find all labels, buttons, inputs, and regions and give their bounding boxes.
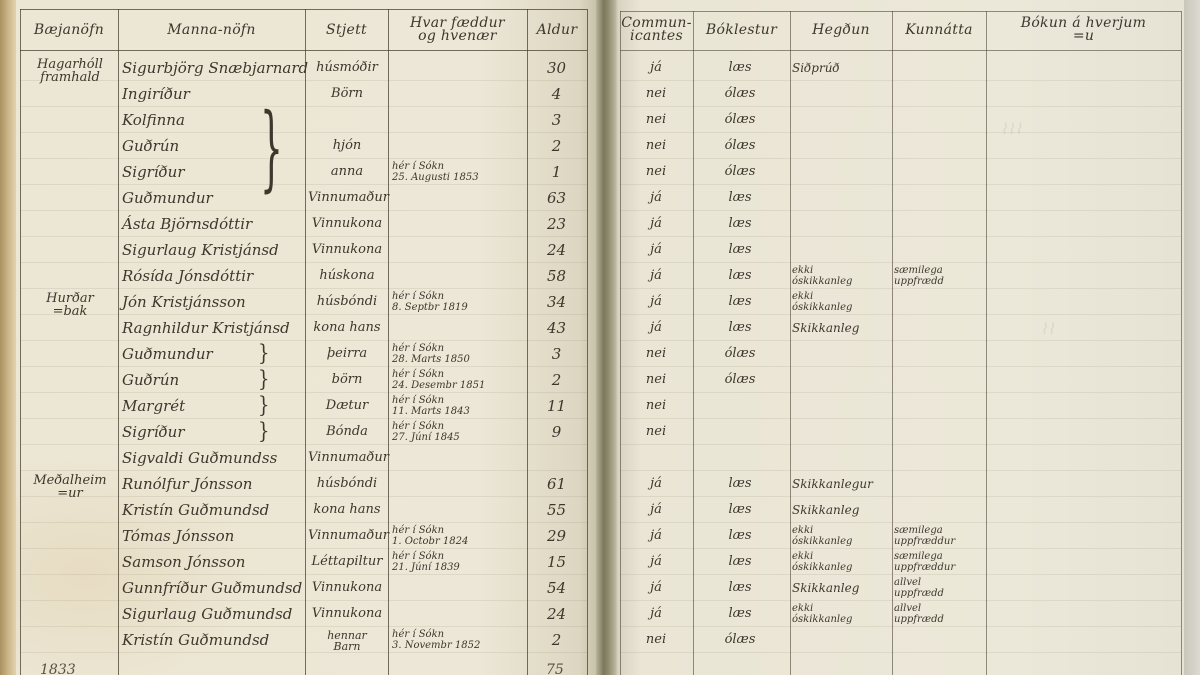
cell-knowledge: allvel uppfrædd xyxy=(894,601,983,625)
cell-stett: Dætur xyxy=(308,393,386,419)
cell-comm: nei xyxy=(621,627,691,653)
cell-conduct: Skikkanlegur xyxy=(792,471,888,497)
cell-age: 4 xyxy=(529,81,584,107)
cell-age: 2 xyxy=(529,367,584,393)
cell-age: 43 xyxy=(529,315,584,341)
cell-name: Kolfinna xyxy=(122,107,302,133)
cell-conduct: ekki óskikkanleg xyxy=(792,523,888,547)
cell-comm: já xyxy=(621,315,691,341)
cell-name: Sigríður xyxy=(122,419,302,445)
register-row: Sigurlaug KristjánsdVinnukona24jálæs xyxy=(0,237,1200,263)
cell-comm: já xyxy=(621,55,691,81)
register-row: Kristín Guðmundsdhennar Barnhér í Sókn 3… xyxy=(0,627,1200,653)
cell-age: 9 xyxy=(529,419,584,445)
register-row: Sigurlaug GuðmundsdVinnukona24jálæsekki … xyxy=(0,601,1200,627)
column-header-communicants: Commun- icantes xyxy=(621,10,692,50)
register-row: Hagarhóll framhaldSigurbjörg Snæbjarnard… xyxy=(0,55,1200,81)
cell-comm: nei xyxy=(621,341,691,367)
cell-comm: nei xyxy=(621,367,691,393)
cell-conduct: ekki óskikkanleg xyxy=(792,601,888,625)
cell-comm: já xyxy=(621,471,691,497)
cell-stett: húsmóðir xyxy=(308,55,386,81)
cell-age: 30 xyxy=(529,55,584,81)
register-row: IngiríðurBörn4neiólæs xyxy=(0,81,1200,107)
cell-name: Kristín Guðmundsd xyxy=(122,627,302,653)
cell-knowledge: sæmilega uppfræddur xyxy=(894,523,983,547)
cell-age: 54 xyxy=(529,575,584,601)
table-line xyxy=(620,50,1181,51)
cell-name: Guðmundur xyxy=(122,185,302,211)
cell-age: 3 xyxy=(529,341,584,367)
cell-name: Runólfur Jónsson xyxy=(122,471,302,497)
cell-name: Sigvaldi Guðmundss xyxy=(122,445,302,471)
cell-name: Jón Kristjánsson xyxy=(122,289,302,315)
register-row: Rósída Jónsdóttirhúskona58jálæsekki óski… xyxy=(0,263,1200,289)
cell-knowledge: allvel uppfrædd xyxy=(894,575,983,599)
cell-read: ólæs xyxy=(695,107,785,133)
cell-stett: Vinnukona xyxy=(308,575,386,601)
cell-comm: já xyxy=(621,575,691,601)
cell-age: 23 xyxy=(529,211,584,237)
cell-born: hér í Sókn 28. Marts 1850 xyxy=(392,341,526,365)
cell-comm: já xyxy=(621,497,691,523)
cell-stett: Léttapiltur xyxy=(308,549,386,575)
column-header-conduct: Hegðun xyxy=(792,10,890,50)
cell-age: 1 xyxy=(529,159,584,185)
register-row: Samson JónssonLéttapilturhér í Sókn 21. … xyxy=(0,549,1200,575)
column-header-born: Hvar fæddur og hvenær xyxy=(390,10,525,50)
cell-age: 34 xyxy=(529,289,584,315)
partial-row-farm-fragment: 1833 xyxy=(40,662,76,675)
cell-stett: Vinnukona xyxy=(308,237,386,263)
register-row: Tómas JónssonVinnumaðurhér í Sókn 1. Oct… xyxy=(0,523,1200,549)
cell-stett: Bónda xyxy=(308,419,386,445)
cell-born: hér í Sókn 3. Novembr 1852 xyxy=(392,627,526,651)
cell-born: hér í Sókn 21. Júní 1839 xyxy=(392,549,526,573)
cell-read: læs xyxy=(695,289,785,315)
cell-born: hér í Sókn 8. Septbr 1819 xyxy=(392,289,526,313)
cell-conduct: ekki óskikkanleg xyxy=(792,549,888,573)
cell-age: 55 xyxy=(529,497,584,523)
register-row: MargrétDæturhér í Sókn 11. Marts 184311n… xyxy=(0,393,1200,419)
register-row: Ragnhildur Kristjánsdkona hans43jálæsSki… xyxy=(0,315,1200,341)
column-header-farm: Bæjanöfn xyxy=(22,10,116,50)
cell-read: ólæs xyxy=(695,81,785,107)
cell-conduct: ekki óskikkanleg xyxy=(792,263,888,287)
cell-stett: þeirra xyxy=(308,341,386,367)
cell-comm: já xyxy=(621,237,691,263)
partial-row-age-fragment: 75 xyxy=(546,662,564,675)
cell-born: hér í Sókn 11. Marts 1843 xyxy=(392,393,526,417)
register-row: Meðalheim =urRunólfur Jónssonhúsbóndi61j… xyxy=(0,471,1200,497)
brace-icon: } xyxy=(258,416,269,449)
cell-age: 15 xyxy=(529,549,584,575)
cell-conduct: Skikkanleg xyxy=(792,575,888,601)
cell-read: læs xyxy=(695,523,785,549)
cell-stett: hjón xyxy=(308,133,386,159)
register-row: Gunnfríður GuðmundsdVinnukona54jálæsSkik… xyxy=(0,575,1200,601)
column-header-age: Aldur xyxy=(529,10,585,50)
cell-read: læs xyxy=(695,549,785,575)
cell-comm: nei xyxy=(621,81,691,107)
cell-stett: Vinnumaður xyxy=(308,523,386,549)
cell-read: læs xyxy=(695,471,785,497)
cell-stett: Vinnumaður xyxy=(308,185,386,211)
register-row: Kolfinna3neiólæs xyxy=(0,107,1200,133)
cell-stett: húskona xyxy=(308,263,386,289)
column-header-reading: Bóklestur xyxy=(695,10,788,50)
cell-age: 3 xyxy=(529,107,584,133)
cell-stett: Vinnukona xyxy=(308,211,386,237)
cell-name: Sigurlaug Kristjánsd xyxy=(122,237,302,263)
cell-farm: Hurðar =bak xyxy=(24,289,116,318)
cell-comm: nei xyxy=(621,107,691,133)
register-row: Sigríðurannahér í Sókn 25. Augusti 18531… xyxy=(0,159,1200,185)
cell-comm: já xyxy=(621,289,691,315)
cell-comm: nei xyxy=(621,393,691,419)
cell-name: Ragnhildur Kristjánsd xyxy=(122,315,302,341)
cell-name: Samson Jónsson xyxy=(122,549,302,575)
cell-age: 24 xyxy=(529,237,584,263)
cell-name: Sigurlaug Guðmundsd xyxy=(122,601,302,627)
cell-conduct: Siðprúð xyxy=(792,55,888,81)
cell-age: 63 xyxy=(529,185,584,211)
cell-knowledge: sæmilega uppfræddur xyxy=(894,549,983,573)
cell-read: læs xyxy=(695,575,785,601)
cell-conduct: ekki óskikkanleg xyxy=(792,289,888,313)
cell-name: Gunnfríður Guðmundsd xyxy=(122,575,302,601)
register-scan: ⌇⌇⌇ ⌇⌇ Bæjanöfn Manna-nöfn Stjett Hvar f… xyxy=(0,0,1200,675)
cell-stett: húsbóndi xyxy=(308,471,386,497)
cell-stett: kona hans xyxy=(308,315,386,341)
register-row: Sigvaldi GuðmundssVinnumaður xyxy=(0,445,1200,471)
column-header-name: Manna-nöfn xyxy=(120,10,303,50)
cell-born: hér í Sókn 25. Augusti 1853 xyxy=(392,159,526,183)
cell-comm: já xyxy=(621,263,691,289)
cell-conduct: Skikkanleg xyxy=(792,315,888,341)
cell-farm: Hagarhóll framhald xyxy=(24,55,116,84)
column-header-knowledge: Kunnátta xyxy=(894,10,984,50)
cell-born: hér í Sókn 27. Júní 1845 xyxy=(392,419,526,443)
cell-name: Guðrún xyxy=(122,133,302,159)
cell-comm: já xyxy=(621,523,691,549)
cell-comm: já xyxy=(621,601,691,627)
cell-read: læs xyxy=(695,211,785,237)
cell-read: ólæs xyxy=(695,627,785,653)
register-row: GuðmundurVinnumaður63jálæs xyxy=(0,185,1200,211)
cell-stett: Vinnumaður xyxy=(308,445,386,471)
register-row: SigríðurBóndahér í Sókn 27. Júní 18459ne… xyxy=(0,419,1200,445)
cell-name: Margrét xyxy=(122,393,302,419)
register-row: Guðrúnhjón2neiólæs xyxy=(0,133,1200,159)
register-row: Guðrúnbörnhér í Sókn 24. Desembr 18512ne… xyxy=(0,367,1200,393)
cell-stett: Vinnukona xyxy=(308,601,386,627)
cell-comm: nei xyxy=(621,419,691,445)
cell-read: læs xyxy=(695,263,785,289)
cell-stett: kona hans xyxy=(308,497,386,523)
cell-stett: börn xyxy=(308,367,386,393)
column-header-status: Stjett xyxy=(307,10,386,50)
cell-read: læs xyxy=(695,601,785,627)
cell-read: læs xyxy=(695,497,785,523)
cell-comm: já xyxy=(621,549,691,575)
cell-age: 2 xyxy=(529,627,584,653)
register-row: Guðmundurþeirrahér í Sókn 28. Marts 1850… xyxy=(0,341,1200,367)
cell-knowledge: sæmilega uppfrædd xyxy=(894,263,983,287)
cell-age: 61 xyxy=(529,471,584,497)
cell-read: læs xyxy=(695,55,785,81)
column-header-notes: Bókun á hverjum =u xyxy=(988,10,1179,50)
cell-read: læs xyxy=(695,237,785,263)
cell-read: ólæs xyxy=(695,341,785,367)
cell-conduct: Skikkanleg xyxy=(792,497,888,523)
cell-born: hér í Sókn 24. Desembr 1851 xyxy=(392,367,526,391)
table-line xyxy=(20,50,587,51)
cell-age: 24 xyxy=(529,601,584,627)
cell-read: ólæs xyxy=(695,367,785,393)
cell-comm: nei xyxy=(621,159,691,185)
cell-name: Guðmundur xyxy=(122,341,302,367)
cell-age: 58 xyxy=(529,263,584,289)
cell-stett: húsbóndi xyxy=(308,289,386,315)
cell-comm: já xyxy=(621,185,691,211)
cell-stett: hennar Barn xyxy=(308,627,386,652)
register-row: Kristín Guðmundsdkona hans55jálæsSkikkan… xyxy=(0,497,1200,523)
cell-name: Tómas Jónsson xyxy=(122,523,302,549)
cell-comm: nei xyxy=(621,133,691,159)
cell-name: Rósída Jónsdóttir xyxy=(122,263,302,289)
cell-name: Ásta Björnsdóttir xyxy=(122,211,302,237)
cell-stett: Börn xyxy=(308,81,386,107)
cell-stett: anna xyxy=(308,159,386,185)
cell-read: ólæs xyxy=(695,133,785,159)
cell-age: 29 xyxy=(529,523,584,549)
cell-comm: já xyxy=(621,211,691,237)
cell-farm: Meðalheim =ur xyxy=(24,471,116,500)
register-row: Hurðar =bakJón Kristjánssonhúsbóndihér í… xyxy=(0,289,1200,315)
cell-name: Guðrún xyxy=(122,367,302,393)
cell-name: Ingiríður xyxy=(122,81,302,107)
register-row: Ásta BjörnsdóttirVinnukona23jálæs xyxy=(0,211,1200,237)
cell-read: ólæs xyxy=(695,159,785,185)
cell-age: 11 xyxy=(529,393,584,419)
cell-name: Sigurbjörg Snæbjarnard xyxy=(122,55,302,81)
cell-name: Kristín Guðmundsd xyxy=(122,497,302,523)
cell-read: læs xyxy=(695,315,785,341)
cell-born: hér í Sókn 1. Octobr 1824 xyxy=(392,523,526,547)
cell-name: Sigríður xyxy=(122,159,302,185)
cell-age: 2 xyxy=(529,133,584,159)
cell-read: læs xyxy=(695,185,785,211)
